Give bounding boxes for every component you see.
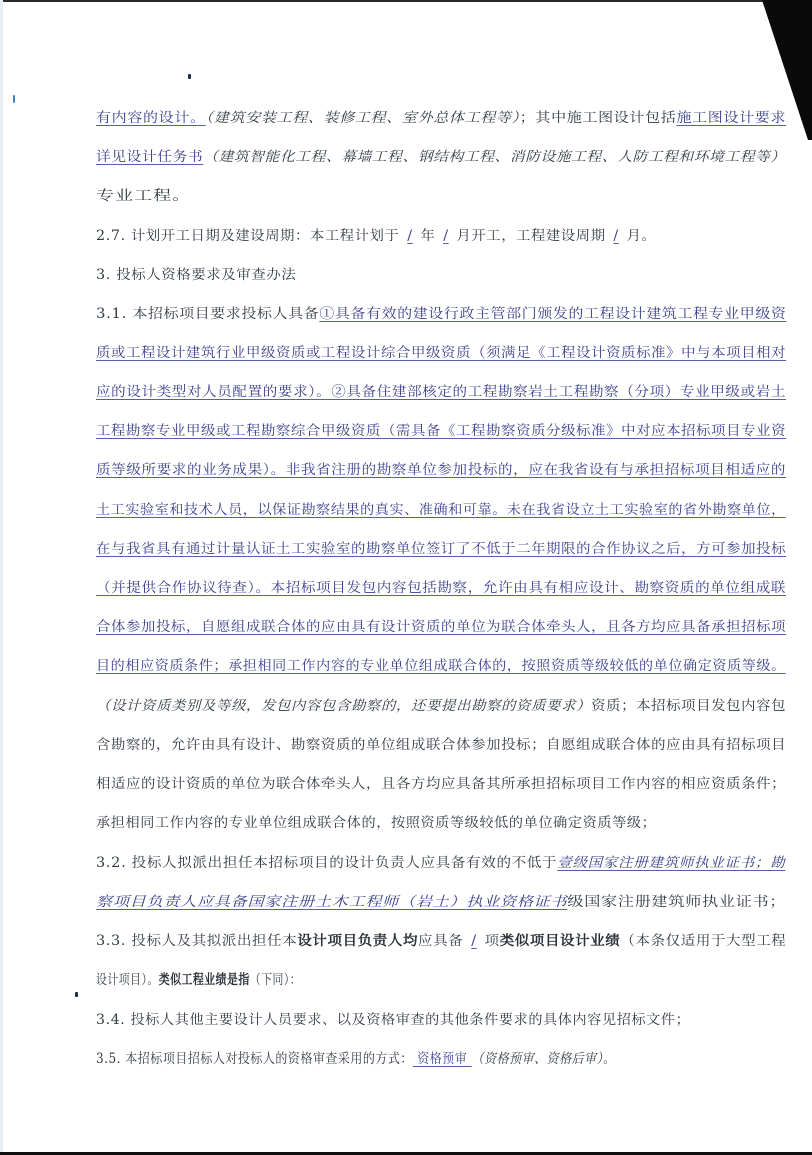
text-run: 专业工程。 — [96, 188, 191, 204]
text-run: 2.7. 计划开工日期及建设周期：本工程计划于 — [96, 228, 399, 244]
text-run: 类似工程业绩是指 — [159, 972, 250, 988]
text-line: 3.4. 投标人其他主要设计人员要求、以及资格审查的其他条件要求的具体内容见招标… — [96, 1010, 690, 1030]
text-run: 级国家注册建筑师执业证书； — [567, 894, 786, 910]
filled-field: 有内容的设计。 — [96, 110, 206, 126]
filled-field: 察项目负责人应具备国家注册土木工程师（岩土）执业资格证书 — [96, 894, 567, 910]
text-line: 目的相应资质条件；承担相同工作内容的专业单位组成联合体的，按照资质等级较低的单位… — [96, 656, 786, 676]
text-line: 在与我省具有通过计量认证土工实验室的勘察单位签订了不低于二年期限的合作协议之后，… — [96, 539, 786, 559]
scan-speck — [188, 74, 191, 79]
filled-field: / — [435, 226, 456, 246]
text-run: 3. 投标人资格要求及审查办法 — [96, 267, 296, 283]
text-line: 3.2. 投标人拟派出担任本招标项目的设计负责人应具备有效的不低于壹级国家注册建… — [96, 853, 785, 873]
text-run: 项 — [485, 933, 500, 949]
text-run: 相适应的设计资质的单位为联合体牵头人，且各方均应具备其所承担招标项目工作内容的相… — [96, 776, 786, 792]
text-run: 年 — [420, 228, 435, 244]
filled-field: / — [606, 226, 627, 246]
text-line: 详见设计任务书（建筑智能化工程、幕墙工程、钢结构工程、消防设施工程、人防工程和环… — [96, 147, 786, 167]
text-line: （并提供合作协议待查）。本招标项目发包内容包括勘察，允许由具有相应设计、勘察资质… — [96, 578, 786, 598]
text-run: 设计项目）。 — [96, 972, 159, 988]
text-line: 合体参加投标，自愿组成联合体的应由具有设计资质的单位为联合体牵头人，且各方均应具… — [96, 617, 786, 637]
text-line: 质等级所要求的业务成果）。非我省注册的勘察单位参加投标的，应在我省设有与承担招标… — [96, 460, 786, 480]
text-run: 月开工，工程建设周期 — [456, 228, 605, 244]
filled-field: 质或工程设计建筑行业甲级资质或工程设计综合甲级资质（须满足《工程设计资质标准》中… — [96, 345, 786, 361]
text-run: 资质；本招标项目发包内容包 — [591, 698, 786, 714]
filled-field: 资格预审 — [413, 1051, 472, 1067]
text-line: 3.5. 本招标项目招标人对投标人的资格审查采用的方式： 资格预审 （资格预审、… — [96, 1049, 616, 1069]
text-line: 应的设计类型对人员配置的要求）。②具备住建部核定的工程勘察岩土工程勘察（分项）专… — [96, 382, 786, 402]
text-line: 专业工程。 — [96, 186, 191, 206]
text-line: 3.1. 本招标项目要求投标人具备①具备有效的建设行政主管部门颁发的工程设计建筑… — [96, 304, 786, 324]
filled-field: 工程勘察专业甲级或工程勘察综合甲级资质（需具备《工程勘察资质分级标准》中对应本招… — [96, 423, 786, 439]
text-run: 3.2. 投标人拟派出担任本招标项目的设计负责人应具备有效的不低于 — [96, 855, 557, 871]
filled-field: 详见设计任务书 — [96, 149, 203, 165]
text-run: 含勘察的，允许由具有设计、勘察资质的单位组成联合体参加投标；自愿组成联合体的应由… — [96, 737, 786, 753]
text-run: 3.1. 本招标项目要求投标人具备 — [96, 306, 319, 322]
text-run: 承担相同工作内容的专业单位组成联合体的，按照资质等级较低的单位确定资质等级； — [96, 815, 656, 831]
filled-field: 土工实验室和技术人员，以保证勘察结果的真实、准确和可靠。未在我省设立土工实验室的… — [96, 502, 786, 518]
filled-field: 壹级国家注册建筑师执业证书；勘 — [557, 855, 785, 871]
text-line: 质或工程设计建筑行业甲级资质或工程设计综合甲级资质（须满足《工程设计资质标准》中… — [96, 343, 786, 363]
text-line: （设计资质类别及等级，发包内容包含勘察的，还要提出勘察的资质要求）资质；本招标项… — [96, 696, 786, 716]
text-run: （下同）： — [250, 972, 301, 988]
text-run: （建筑智能化工程、幕墙工程、钢结构工程、消防设施工程、人防工程和环境工程等） — [203, 149, 786, 165]
text-run: 应具备 — [418, 933, 463, 949]
filled-field: （并提供合作协议待查）。本招标项目发包内容包括勘察，允许由具有相应设计、勘察资质… — [96, 580, 786, 596]
text-line: 3. 投标人资格要求及审查办法 — [96, 265, 296, 285]
text-run: ；其中施工图设计包括 — [520, 110, 677, 126]
text-run: 3.3. 投标人及其拟派出担任本 — [96, 933, 297, 949]
filled-field: 应的设计类型对人员配置的要求）。②具备住建部核定的工程勘察岩土工程勘察（分项）专… — [96, 384, 786, 400]
scan-speck — [75, 992, 78, 997]
text-line: 相适应的设计资质的单位为联合体牵头人，且各方均应具备其所承担招标项目工作内容的相… — [96, 774, 786, 794]
text-run: 类似项目设计业绩 — [500, 933, 621, 949]
text-line: 含勘察的，允许由具有设计、勘察资质的单位组成联合体参加投标；自愿组成联合体的应由… — [96, 735, 786, 755]
filled-field: 施工图设计要求 — [676, 110, 786, 126]
text-run: （设计资质类别及等级，发包内容包含勘察的，还要提出勘察的资质要求） — [96, 698, 591, 714]
filled-field: / — [399, 226, 420, 246]
text-line: 2.7. 计划开工日期及建设周期：本工程计划于/年/月开工，工程建设周期/月。 — [96, 226, 656, 246]
text-run: （资格预审、资格后审） — [472, 1051, 604, 1067]
text-run: （建筑安装工程、装修工程、室外总体工程等） — [206, 110, 520, 126]
text-line: 有内容的设计。（建筑安装工程、装修工程、室外总体工程等）；其中施工图设计包括施工… — [96, 108, 786, 128]
text-line: 设计项目）。类似工程业绩是指（下同）： — [96, 970, 301, 990]
text-run: 。 — [603, 1051, 616, 1067]
text-line: 察项目负责人应具备国家注册土木工程师（岩土）执业资格证书级国家注册建筑师执业证书… — [96, 892, 786, 912]
text-run: 设计项目负责人均 — [297, 933, 418, 949]
scan-speck — [13, 95, 15, 103]
text-run: 3.4. 投标人其他主要设计人员要求、以及资格审查的其他条件要求的具体内容见招标… — [96, 1012, 690, 1028]
text-run: 月。 — [627, 228, 657, 244]
scan-top-edge — [0, 0, 812, 2]
filled-field: 在与我省具有通过计量认证土工实验室的勘察单位签订了不低于二年期限的合作协议之后，… — [96, 541, 786, 557]
text-run: （本条仅适用于大型工程 — [620, 933, 786, 949]
filled-field: / — [463, 931, 484, 951]
filled-field: 质等级所要求的业务成果）。非我省注册的勘察单位参加投标的，应在我省设有与承担招标… — [96, 462, 786, 478]
text-run: 3.5. 本招标项目招标人对投标人的资格审查采用的方式： — [96, 1051, 413, 1067]
filled-field: 目的相应资质条件；承担相同工作内容的专业单位组成联合体的，按照资质等级较低的单位… — [96, 658, 786, 674]
text-line: 工程勘察专业甲级或工程勘察综合甲级资质（需具备《工程勘察资质分级标准》中对应本招… — [96, 421, 786, 441]
text-line: 土工实验室和技术人员，以保证勘察结果的真实、准确和可靠。未在我省设立土工实验室的… — [96, 500, 786, 520]
text-line: 承担相同工作内容的专业单位组成联合体的，按照资质等级较低的单位确定资质等级； — [96, 813, 656, 833]
filled-field: ①具备有效的建设行政主管部门颁发的工程设计建筑工程专业甲级资 — [319, 306, 786, 322]
filled-field: 合体参加投标，自愿组成联合体的应由具有设计资质的单位为联合体牵头人，且各方均应具… — [96, 619, 786, 635]
scan-left-edge — [0, 0, 3, 1155]
text-line: 3.3. 投标人及其拟派出担任本设计项目负责人均应具备/项类似项目设计业绩（本条… — [96, 931, 786, 951]
